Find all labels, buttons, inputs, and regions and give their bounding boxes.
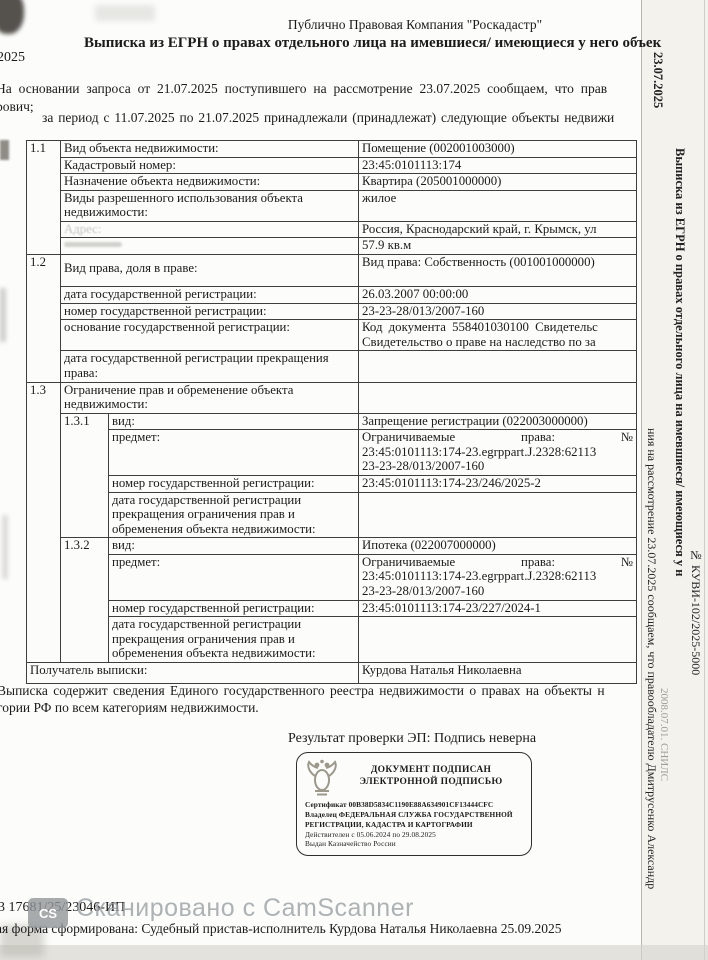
reg-number-label: номер государственной регистрации: — [61, 303, 359, 320]
page-fold-line — [641, 0, 642, 960]
intro-paragraph-line3: за период с 11.07.2025 по 21.07.2025 при… — [42, 110, 648, 126]
margin-title-vertical: Выписка из ЕГРН о правах отдельного лица… — [672, 148, 687, 577]
signature-check-result: Результат проверки ЭП: Подпись неверна — [288, 731, 536, 747]
subject-word1: Ограничиваемые — [362, 555, 455, 570]
restrictions-header-value — [359, 382, 637, 413]
electronic-signature-stamp: ДОКУМЕНТ ПОДПИСАН ЭЛЕКТРОННОЙ ПОДПИСЬЮ С… — [296, 752, 532, 856]
subject-word3: № — [621, 430, 633, 445]
restriction1-kind-value: Запрещение регистрации (022003000000) — [359, 413, 637, 430]
restriction1-subject-value: Ограничиваемые права: № 23:45:0101113:17… — [359, 430, 637, 476]
stamp-certificate: Сертификат 00B38D5834C1190E88A634901CF13… — [305, 800, 523, 810]
scan-edge-mark — [0, 288, 6, 342]
coat-of-arms-icon — [305, 757, 339, 797]
permitted-use-label: Виды разрешенного использования объекта … — [61, 190, 359, 221]
margin-notice-vertical: ния на рассмотрение 23.07.2025 сообщаем,… — [644, 428, 659, 889]
camscanner-logo-icon: CS — [28, 898, 68, 928]
stamp-title-line2: ЭЛЕКТРОННОЙ ПОДПИСЬЮ — [339, 777, 523, 789]
handwriting-smudge — [64, 242, 122, 247]
restriction1-end-date-value — [359, 492, 637, 538]
restriction2-end-date-value — [359, 617, 637, 663]
margin-faint-text-vertical: 2008.07.01. СНИЛС — [658, 688, 670, 781]
intro-paragraph-line1: На основании запроса от 21.07.2025 посту… — [0, 81, 644, 97]
subject-word1: Ограничиваемые — [362, 430, 455, 445]
stamp-details: Сертификат 00B38D5834C1190E88A634901CF13… — [305, 800, 523, 849]
camscanner-watermark: Сканировано с CamScanner — [76, 894, 414, 923]
restriction1-subject-line3: 23-23-28/013/2007-160 — [362, 459, 633, 474]
document-title: Выписка из ЕГРН о правах отдельного лица… — [84, 35, 696, 52]
restriction2-reg-number-value: 23:45:0101113:174-23/227/2024-1 — [359, 600, 637, 617]
restriction1-subject-line2: 23:45:0101113:174-23.egrppart.J.2328:621… — [362, 445, 633, 460]
reg-basis-value-line1: Код документа 558401030100 Свидетельс — [362, 320, 633, 335]
cutoff-year-fragment: 2025 — [0, 50, 25, 66]
margin-date-vertical: 23.07.2025 — [650, 52, 665, 108]
section-1-2-number: 1.2 — [27, 255, 61, 382]
restriction1-reg-number-label: номер государственной регистрации: — [109, 475, 359, 492]
stamp-validity: Действителен с 05.06.2024 по 29.08.2025 — [305, 830, 523, 840]
address-value: Россия, Краснодарский край, г. Крымск, у… — [359, 221, 637, 238]
subject-word3: № — [621, 555, 633, 570]
object-purpose-label: Назначение объекта недвижимости: — [61, 174, 359, 191]
subject-word2: права: — [521, 555, 555, 570]
stamp-header: ДОКУМЕНТ ПОДПИСАН ЭЛЕКТРОННОЙ ПОДПИСЬЮ — [305, 757, 523, 797]
margin-kuvi-number-vertical: № КУВИ-102/2025-5000 — [688, 548, 703, 675]
stamp-owner-line2: РЕГИСТРАЦИИ, КАДАСТРА И КАРТОГРАФИИ — [305, 820, 523, 830]
reg-termination-date-label: дата государственной регистрации прекращ… — [61, 351, 359, 382]
scan-smudge — [95, 5, 155, 21]
page-fold-line — [704, 0, 705, 960]
reg-number-value: 23-23-28/013/2007-160 — [359, 303, 637, 320]
reg-date-label: дата государственной регистрации: — [61, 287, 359, 304]
reg-date-value: 26.03.2007 00:00:00 — [359, 287, 637, 304]
cadastral-number-value: 23:45:0101113:174 — [359, 157, 637, 174]
right-type-value: Вид права: Собственность (001001000000) — [359, 255, 637, 287]
issuer-company-name: Публично Правовая Компания "Роскадастр" — [280, 17, 550, 33]
egrn-extract-table: 1.1 Вид объекта недвижимости: Помещение … — [26, 140, 637, 684]
reg-termination-date-value — [359, 351, 637, 382]
stamp-title: ДОКУМЕНТ ПОДПИСАН ЭЛЕКТРОННОЙ ПОДПИСЬЮ — [339, 765, 523, 789]
section-1-1-number: 1.1 — [27, 141, 61, 255]
stamp-owner-line1: Владелец ФЕДЕРАЛЬНАЯ СЛУЖБА ГОСУДАРСТВЕН… — [305, 810, 523, 820]
restriction2-subject-line1: Ограничиваемые права: № — [362, 555, 633, 570]
stamp-issuer: Выдан Казначейство России — [305, 839, 523, 849]
restriction2-end-date-label: дата государственной регистрации прекращ… — [109, 617, 359, 663]
restriction2-kind-value: Ипотека (022007000000) — [359, 538, 637, 555]
scan-edge-mark — [2, 515, 8, 579]
restriction2-subject-line2: 23:45:0101113:174-23.egrppart.J.2328:621… — [362, 569, 633, 584]
intro-paragraph-line2: рович; — [0, 99, 34, 115]
reg-basis-value: Код документа 558401030100 Свидетельс Св… — [359, 320, 637, 351]
object-kind-label: Вид объекта недвижимости: — [61, 141, 359, 158]
formed-by-line: ая форма сформирована: Судебный пристав-… — [0, 921, 636, 937]
cadastral-number-label: Кадастровый номер: — [61, 157, 359, 174]
reg-basis-value-line2: Свидетельство о праве на наследство по з… — [362, 335, 633, 350]
scan-corner-artifact — [0, 0, 24, 34]
restriction2-subject-label: предмет: — [109, 554, 359, 600]
subject-word2: права: — [521, 430, 555, 445]
reg-basis-label: основание государственной регистрации: — [61, 320, 359, 351]
restrictions-header-label: Ограничение прав и обременение объекта н… — [61, 382, 359, 413]
restriction2-subject-line3: 23-23-28/013/2007-160 — [362, 584, 633, 599]
scan-edge-mark — [0, 140, 9, 160]
restriction2-kind-label: вид: — [109, 538, 359, 555]
section-1-3-1-number: 1.3.1 — [61, 413, 109, 538]
restriction1-subject-line1: Ограничиваемые права: № — [362, 430, 633, 445]
restriction1-subject-label: предмет: — [109, 430, 359, 476]
stamp-title-line1: ДОКУМЕНТ ПОДПИСАН — [339, 765, 523, 777]
footer-note-line2: гории РФ по всем категориям недвижимости… — [0, 700, 417, 716]
restriction1-kind-label: вид: — [109, 413, 359, 430]
area-label-cell — [61, 238, 359, 255]
restriction1-reg-number-value: 23:45:0101113:174-23/246/2025-2 — [359, 475, 637, 492]
object-kind-value: Помещение (002001003000) — [359, 141, 637, 158]
permitted-use-value: жилое — [359, 190, 637, 221]
footer-note-line1: Выписка содержит сведения Единого госуда… — [0, 683, 649, 699]
object-purpose-value: Квартира (205001000000) — [359, 174, 637, 191]
recipient-value: Курдова Наталья Николаевна — [359, 662, 637, 683]
scanned-document-page: Публично Правовая Компания "Роскадастр" … — [0, 0, 708, 960]
right-type-label: Вид права, доля в праве: — [61, 255, 359, 287]
restriction2-reg-number-label: номер государственной регистрации: — [109, 600, 359, 617]
restriction2-subject-value: Ограничиваемые права: № 23:45:0101113:17… — [359, 554, 637, 600]
area-value: 57.9 кв.м — [359, 238, 637, 255]
section-1-3-number: 1.3 — [27, 382, 61, 662]
section-1-3-2-number: 1.3.2 — [61, 538, 109, 663]
address-label-faded: Адрес: — [61, 221, 359, 238]
recipient-label: Получатель выписки: — [27, 662, 359, 683]
restriction1-end-date-label: дата государственной регистрации прекращ… — [109, 492, 359, 538]
scan-bottom-shadow — [0, 945, 708, 960]
